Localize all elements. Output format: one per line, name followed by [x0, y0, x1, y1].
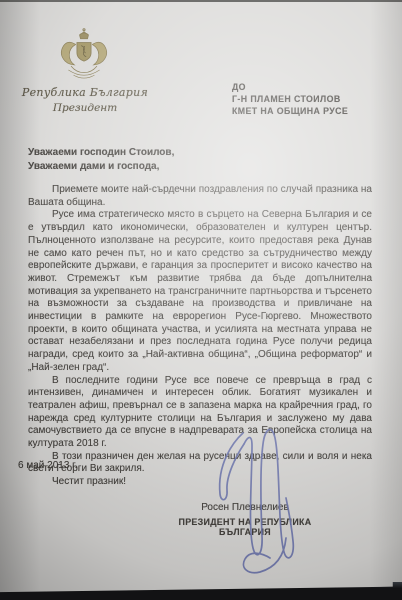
recipient-title: КМЕТ НА ОБЩИНА РУСЕ	[232, 105, 348, 117]
salutation-line-1: Уважаеми господин Стоилов,	[28, 146, 372, 160]
paragraph-ruse-strategic: Русе има стратегическо място в сърцето н…	[28, 209, 372, 374]
bulgarian-coat-of-arms-icon	[52, 26, 116, 86]
letter-date: 6 май 2013 г.	[18, 460, 77, 471]
recipient-to: ДО	[232, 81, 348, 93]
paragraph-congratulation: Приемете моите най-сърдечни поздравления…	[28, 184, 372, 209]
photo-top-edge-shadow	[0, 0, 402, 2]
recipient-block: ДО Г-Н ПЛАМЕН СТОИЛОВ КМЕТ НА ОБЩИНА РУС…	[232, 81, 348, 117]
letter-photo: Република България Президент ДО Г-Н ПЛАМ…	[0, 0, 402, 600]
letterhead-office: Президент	[5, 102, 165, 114]
salutation-line-2: Уважаеми дами и господа,	[28, 160, 372, 174]
letterhead-country: Република България	[5, 86, 165, 99]
handwritten-signature-icon	[200, 416, 310, 581]
recipient-name: Г-Н ПЛАМЕН СТОИЛОВ	[232, 93, 348, 105]
